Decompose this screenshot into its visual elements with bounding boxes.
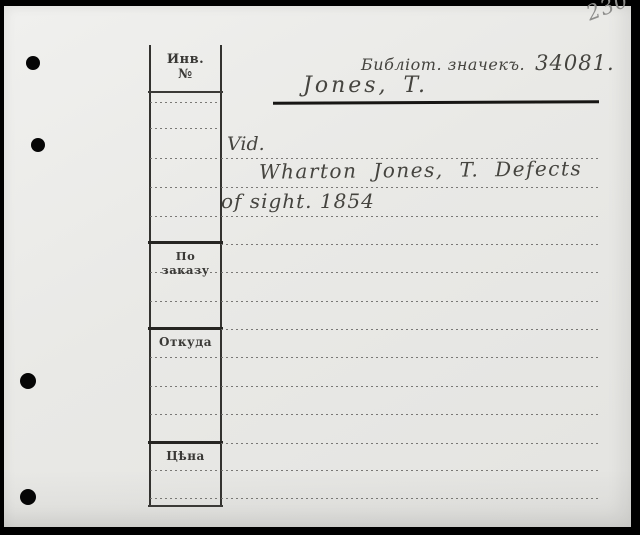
ruled-line — [150, 498, 220, 499]
form-bottom-border — [148, 505, 223, 507]
ruled-line — [221, 357, 598, 358]
ruled-line — [221, 216, 598, 217]
ruled-line — [150, 128, 220, 129]
price-label: Цѣна — [150, 449, 221, 463]
form-section-separator — [148, 241, 223, 244]
ruled-line — [150, 187, 220, 188]
ruled-line — [221, 498, 598, 499]
inventory-number-label: Инв. — [150, 52, 221, 67]
ruled-line — [150, 357, 220, 358]
ruled-line — [221, 386, 598, 387]
hole-punch-dot — [26, 56, 40, 70]
ruled-line — [221, 301, 598, 302]
ruled-line — [150, 102, 220, 103]
form-section-separator — [148, 441, 223, 444]
ruled-line — [150, 414, 220, 415]
hole-punch-dot — [20, 373, 36, 389]
ruled-line — [221, 329, 598, 330]
hole-punch-dot — [20, 489, 36, 505]
scanned-catalog-card: Инв. № По заказу Откуда Цѣна Библіот. зн… — [0, 0, 640, 535]
ruled-line — [150, 470, 220, 471]
ruled-line — [221, 187, 598, 188]
vide-note: Vid. — [227, 133, 265, 155]
ruled-line — [221, 244, 598, 245]
ruled-line — [221, 272, 598, 273]
by-order-label: По заказу — [150, 249, 221, 277]
inventory-number-sign: № — [150, 67, 221, 82]
ruled-line — [221, 414, 598, 415]
ruled-line — [150, 158, 220, 159]
library-mark-text: Библіот. значекъ. — [361, 55, 525, 74]
reference-line-1: Wharton Jones, T. Defects — [259, 156, 582, 183]
form-section-separator — [148, 327, 223, 330]
author-entry: Jones, T. — [303, 73, 428, 98]
reference-line-2: of sight. 1854 — [221, 189, 375, 213]
ruled-line — [150, 301, 220, 302]
hole-punch-dot — [31, 138, 45, 152]
ruled-line — [150, 386, 220, 387]
ruled-line — [221, 443, 598, 444]
origin-label: Откуда — [150, 335, 221, 349]
ruled-line — [150, 216, 220, 217]
library-mark-line: Библіот. значекъ. 34081. — [361, 51, 615, 75]
library-mark-number: 34081. — [535, 51, 614, 75]
ruled-line — [221, 470, 598, 471]
form-header-separator — [148, 91, 223, 93]
